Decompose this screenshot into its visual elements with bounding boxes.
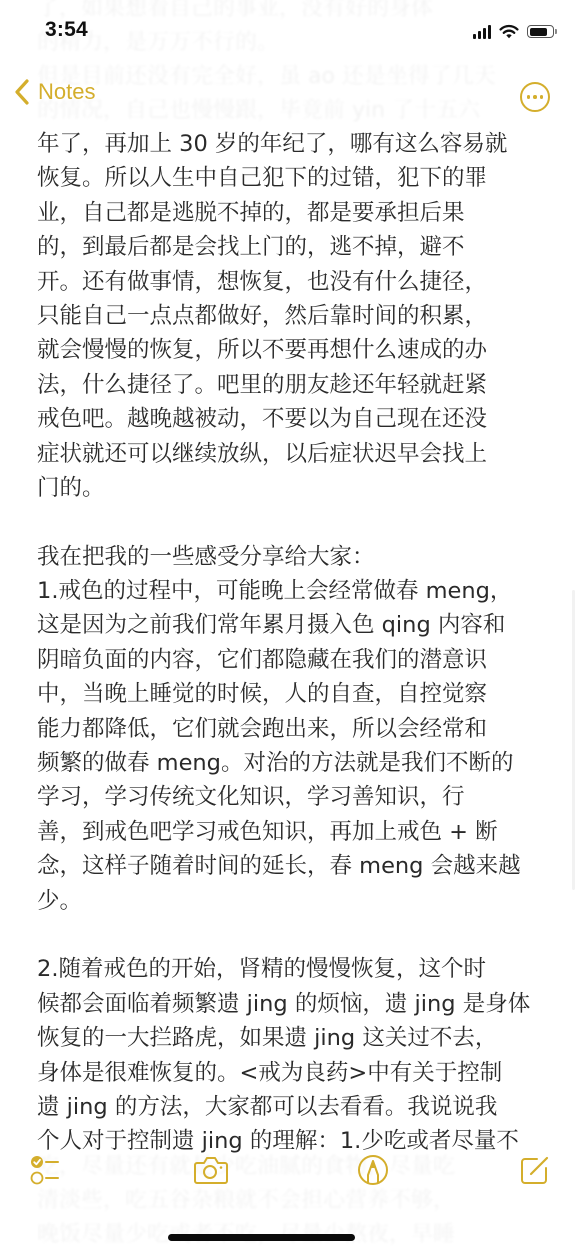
wifi-icon xyxy=(499,24,519,39)
scrollbar[interactable] xyxy=(572,590,575,890)
note-line: 只能自己一点点都做好，然后靠时间的积累， xyxy=(37,299,547,333)
back-button[interactable]: Notes xyxy=(14,78,95,106)
note-line: 候都会面临着频繁遗 jing 的烦恼，遗 jing 是身体 xyxy=(37,987,547,1021)
note-line: 身体是很难恢复的。<戒为良药>中有关于控制 xyxy=(37,1056,547,1090)
blank-line xyxy=(37,505,547,539)
note-line: 阴暗负面的内容，它们都隐藏在我们的潜意识 xyxy=(37,643,547,677)
pen-tip-circle-icon xyxy=(357,1154,389,1186)
note-line: 年了，再加上 30 岁的年纪了，哪有这么容易就 xyxy=(37,127,547,161)
note-line: 业，自己都是逃脱不掉的，都是要承担后果 xyxy=(37,196,547,230)
note-line: 2.随着戒色的开始，肾精的慢慢恢复，这个时 xyxy=(37,952,547,986)
status-icons xyxy=(473,24,554,39)
note-line: 能力都降低，它们就会跑出来，所以会经常和 xyxy=(37,712,547,746)
note-line: 频繁的做春 meng。对治的方法就是我们不断的 xyxy=(37,746,547,780)
blank-line xyxy=(37,918,547,952)
more-options-button[interactable] xyxy=(520,82,550,112)
back-label: Notes xyxy=(38,79,95,105)
chevron-left-icon xyxy=(14,78,30,106)
note-line: 学习，学习传统文化知识，学习善知识，行 xyxy=(37,780,547,814)
status-time: 3:54 xyxy=(45,18,88,42)
note-body[interactable]: 年了，再加上 30 岁的年纪了，哪有这么容易就 恢复。所以人生中自己犯下的过错，… xyxy=(37,127,547,1159)
ellipsis-circle-icon xyxy=(527,95,531,99)
checklist-button[interactable] xyxy=(28,1150,68,1190)
camera-button[interactable] xyxy=(191,1150,231,1190)
note-line: 少。 xyxy=(37,884,547,918)
note-line: 遗 jing 的方法，大家都可以去看看。我说说我 xyxy=(37,1090,547,1124)
note-line: 恢复。所以人生中自己犯下的过错，犯下的罪 xyxy=(37,161,547,195)
note-line: 1.戒色的过程中，可能晚上会经常做春 meng， xyxy=(37,574,547,608)
note-line: 开。还有做事情，想恢复，也没有什么捷径， xyxy=(37,265,547,299)
compose-icon xyxy=(519,1154,551,1186)
checklist-icon xyxy=(30,1154,66,1186)
note-line: 法，什么捷径了。吧里的朋友趁还年轻就赶紧 xyxy=(37,368,547,402)
camera-icon xyxy=(193,1155,229,1185)
note-line: 就会慢慢的恢复，所以不要再想什么速成的办 xyxy=(37,333,547,367)
note-line: 念，这样子随着时间的延长，春 meng 会越来越 xyxy=(37,849,547,883)
markup-button[interactable] xyxy=(353,1150,393,1190)
note-line: 中，当晚上睡觉的时候，人的自查，自控觉察 xyxy=(37,677,547,711)
bottom-toolbar xyxy=(0,1150,580,1210)
note-line: 善，到戒色吧学习戒色知识，再加上戒色 + 断 xyxy=(37,815,547,849)
home-indicator[interactable] xyxy=(168,1234,355,1241)
note-line: 门的。 xyxy=(37,471,547,505)
note-line: 的，到最后都是会找上门的，逃不掉，避不 xyxy=(37,230,547,264)
battery-icon xyxy=(527,25,554,38)
cellular-signal-icon xyxy=(473,25,491,39)
note-line: 症状就还可以继续放纵，以后症状迟早会找上 xyxy=(37,437,547,471)
note-line: 恢复的一大拦路虎，如果遗 jing 这关过不去， xyxy=(37,1021,547,1055)
note-line: 我在把我的一些感受分享给大家： xyxy=(37,540,547,574)
note-line: 这是因为之前我们常年累月摄入色 qing 内容和 xyxy=(37,608,547,642)
status-bar: 3:54 xyxy=(0,0,580,64)
note-line: 戒色吧。越晚越被动，不要以为自己现在还没 xyxy=(37,402,547,436)
navigation-bar: Notes xyxy=(0,70,580,126)
compose-button[interactable] xyxy=(515,1150,555,1190)
